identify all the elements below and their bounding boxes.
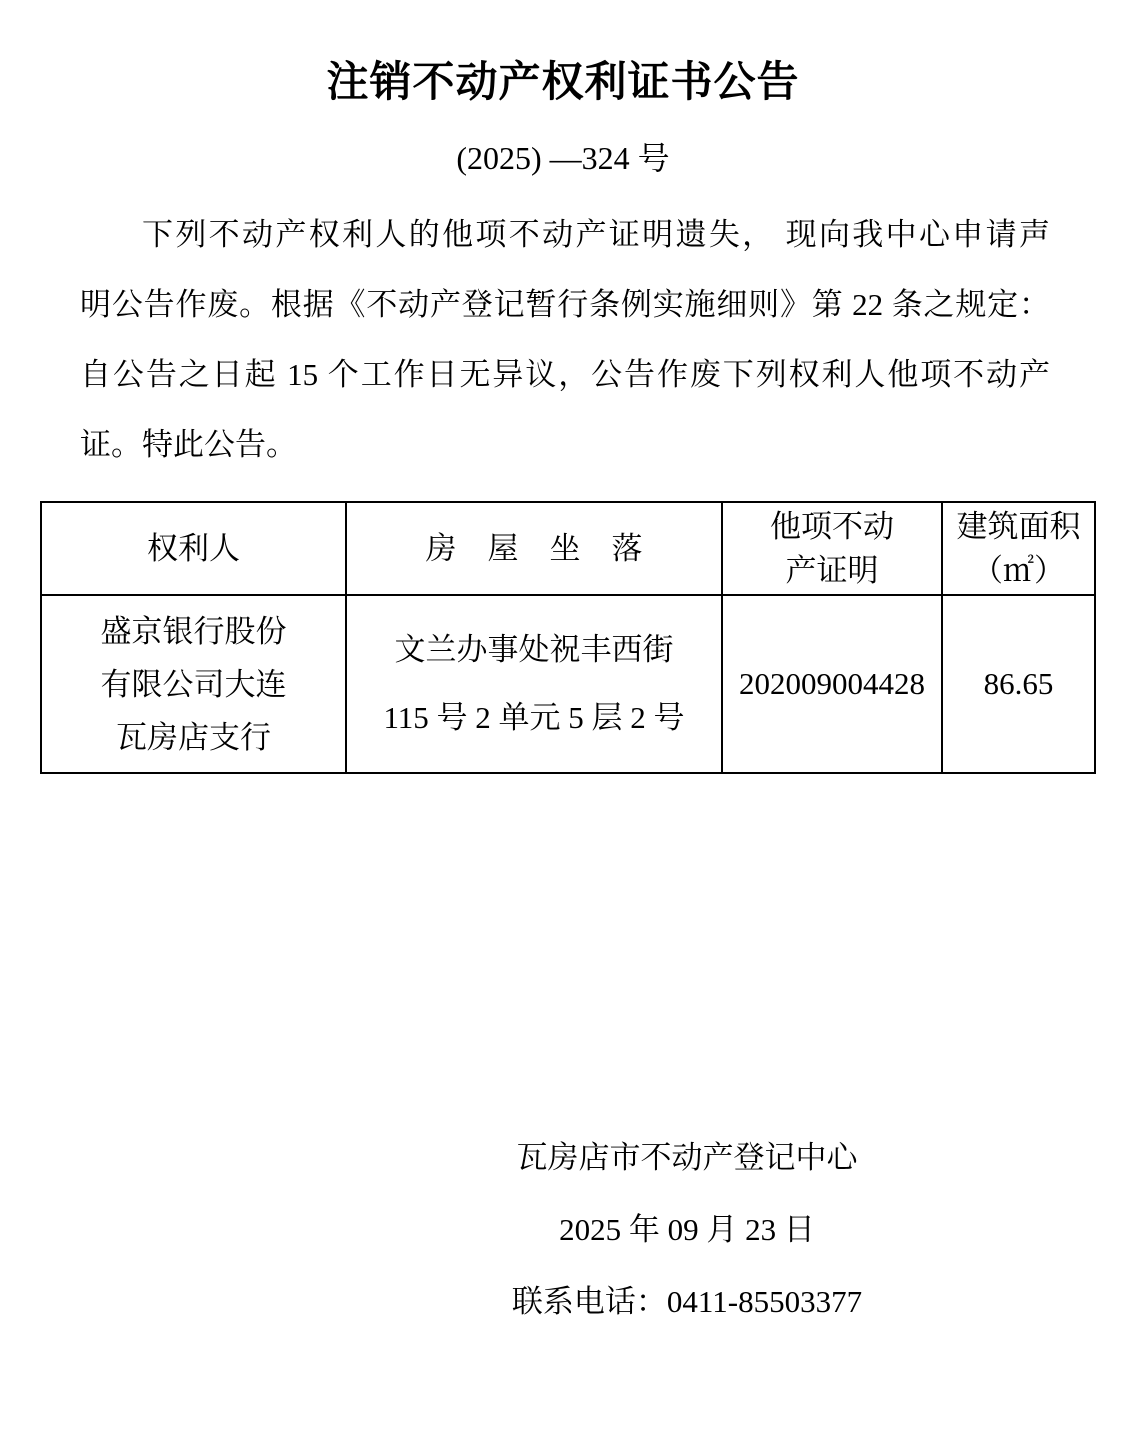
header-certificate: 他项不动 产证明 xyxy=(722,502,942,595)
cell-area: 86.65 xyxy=(942,595,1095,773)
contact-phone: 联系电话：0411-85503377 xyxy=(248,1266,1126,1338)
cell-location: 文兰办事处祝丰西街 115 号 2 单元 5 层 2 号 xyxy=(346,595,722,773)
cell-certificate: 202009004428 xyxy=(722,595,942,773)
cell-owner: 盛京银行股份 有限公司大连 瓦房店支行 xyxy=(41,595,346,773)
body-line-3: 自公告之日起 15 个工作日无异议，公告作废下列权利人他项不动产 xyxy=(80,340,1050,410)
notice-table: 权利人 房 屋 坐 落 他项不动 产证明 建筑面积 （㎡） 盛京银行股份 有限公… xyxy=(40,501,1096,774)
notice-body: 下列不动产权利人的他项不动产证明遗失， 现向我中心申请声 明公告作废。根据《不动… xyxy=(80,200,1050,480)
table-header-row: 权利人 房 屋 坐 落 他项不动 产证明 建筑面积 （㎡） xyxy=(41,502,1095,595)
body-line-4: 证。特此公告。 xyxy=(80,410,1050,480)
header-location: 房 屋 坐 落 xyxy=(346,502,722,595)
issue-date: 2025 年 09 月 23 日 xyxy=(248,1194,1126,1266)
notice-footer: 瓦房店市不动产登记中心 2025 年 09 月 23 日 联系电话：0411-8… xyxy=(248,1122,1126,1338)
header-area: 建筑面积 （㎡） xyxy=(942,502,1095,595)
page-title: 注销不动产权利证书公告 xyxy=(0,0,1126,108)
body-line-1: 下列不动产权利人的他项不动产证明遗失， 现向我中心申请声 xyxy=(80,200,1050,270)
doc-number: (2025) —324 号 xyxy=(0,138,1126,178)
issuer: 瓦房店市不动产登记中心 xyxy=(248,1122,1126,1194)
header-owner: 权利人 xyxy=(41,502,346,595)
body-line-2: 明公告作废。根据《不动产登记暂行条例实施细则》第 22 条之规定： xyxy=(80,270,1050,340)
notice-page: 注销不动产权利证书公告 (2025) —324 号 下列不动产权利人的他项不动产… xyxy=(0,0,1126,1442)
table-row: 盛京银行股份 有限公司大连 瓦房店支行 文兰办事处祝丰西街 115 号 2 单元… xyxy=(41,595,1095,773)
